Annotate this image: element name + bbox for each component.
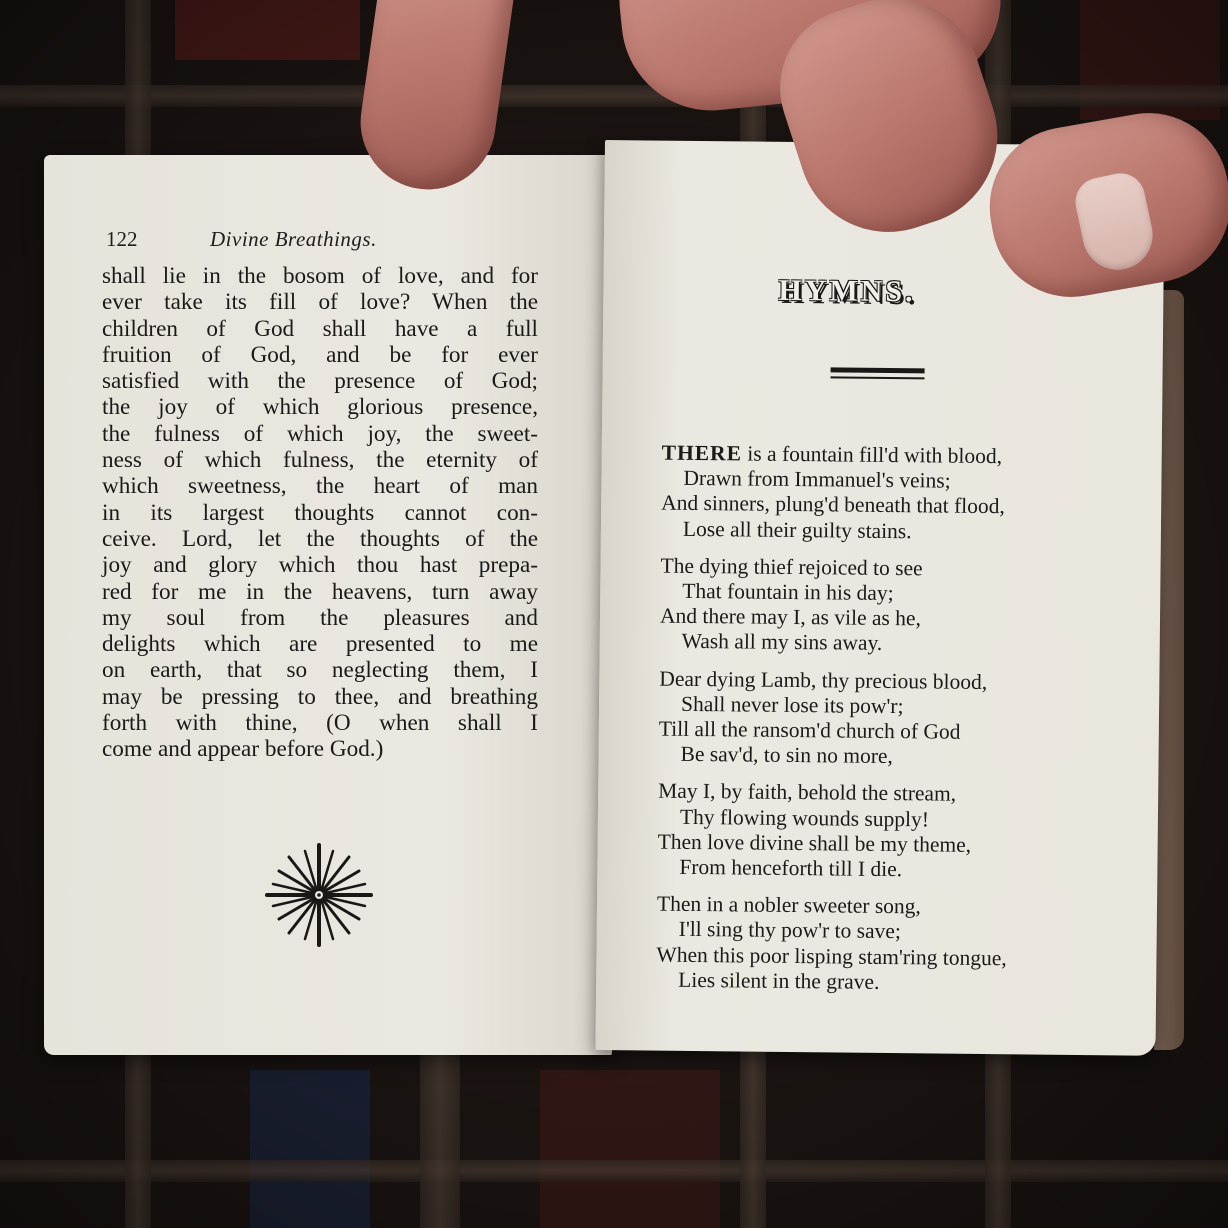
verse-line: Lose all their guilty stains. — [661, 516, 1131, 546]
stanza: Dear dying Lamb, thy precious blood, Sha… — [658, 666, 1129, 772]
text-line: joy and glory which thou hast prepa- — [102, 552, 538, 578]
text-line: on earth, that so neglecting them, I — [102, 657, 538, 683]
prose-text: shall lie in the bosom of love, and for … — [102, 263, 538, 763]
text-line: may be pressing to thee, and breathing — [102, 684, 538, 710]
running-head: 122Divine Breathings. — [106, 227, 377, 252]
sunburst-flower-ornament-icon — [264, 840, 374, 950]
open-book: 122Divine Breathings. shall lie in the b… — [40, 140, 1180, 1070]
text-line: delights which are presented to me — [102, 631, 538, 657]
verse-line: From henceforth till I die. — [657, 855, 1127, 885]
running-title: Divine Breathings. — [210, 227, 377, 251]
section-title: HYMNS. — [778, 274, 916, 309]
verse-line: Lies silent in the grave. — [656, 967, 1126, 997]
text-line: my soul from the pleasures and — [102, 605, 538, 631]
verse-line: Be sav'd, to sin no more, — [658, 742, 1128, 772]
stanza: The dying thief rejoiced to see That fou… — [660, 553, 1131, 659]
double-rule-divider — [831, 367, 925, 379]
stanza: May I, by faith, behold the stream, Thy … — [657, 779, 1128, 885]
verse-line: Wash all my sins away. — [660, 629, 1130, 659]
text-line: in its largest thoughts cannot con- — [102, 500, 538, 526]
text-line: ceive. Lord, let the thoughts of the — [102, 526, 538, 552]
text-line: come and appear before God.) — [102, 736, 538, 762]
stanza: Then in a nobler sweeter song, I'll sing… — [656, 892, 1127, 998]
hymn-verses: THERE is a fountain fill'd with blood, D… — [656, 441, 1132, 1010]
text-line: ever take its fill of love? When the — [102, 289, 538, 315]
first-word: THERE — [662, 441, 743, 466]
stanza: THERE is a fountain fill'd with blood, D… — [661, 441, 1132, 547]
text-line: which sweetness, the heart of man — [102, 473, 538, 499]
text-line: shall lie in the bosom of love, and for — [102, 263, 538, 289]
text-line: the fulness of which joy, the sweet- — [102, 421, 538, 447]
text-line: the joy of which glorious presence, — [102, 394, 538, 420]
left-page: 122Divine Breathings. shall lie in the b… — [44, 155, 612, 1055]
text-line: satisfied with the presence of God; — [102, 368, 538, 394]
text-line: children of God shall have a full — [102, 316, 538, 342]
text-line: fruition of God, and be for ever — [102, 342, 538, 368]
page-number: 122 — [106, 227, 210, 252]
text-line: red for me in the heavens, turn away — [102, 579, 538, 605]
text-line: forth with thine, (O when shall I — [102, 710, 538, 736]
right-page: HYMNS. THERE is a fountain fill'd with b… — [595, 140, 1164, 1056]
text-line: ness of which fulness, the eternity of — [102, 447, 538, 473]
